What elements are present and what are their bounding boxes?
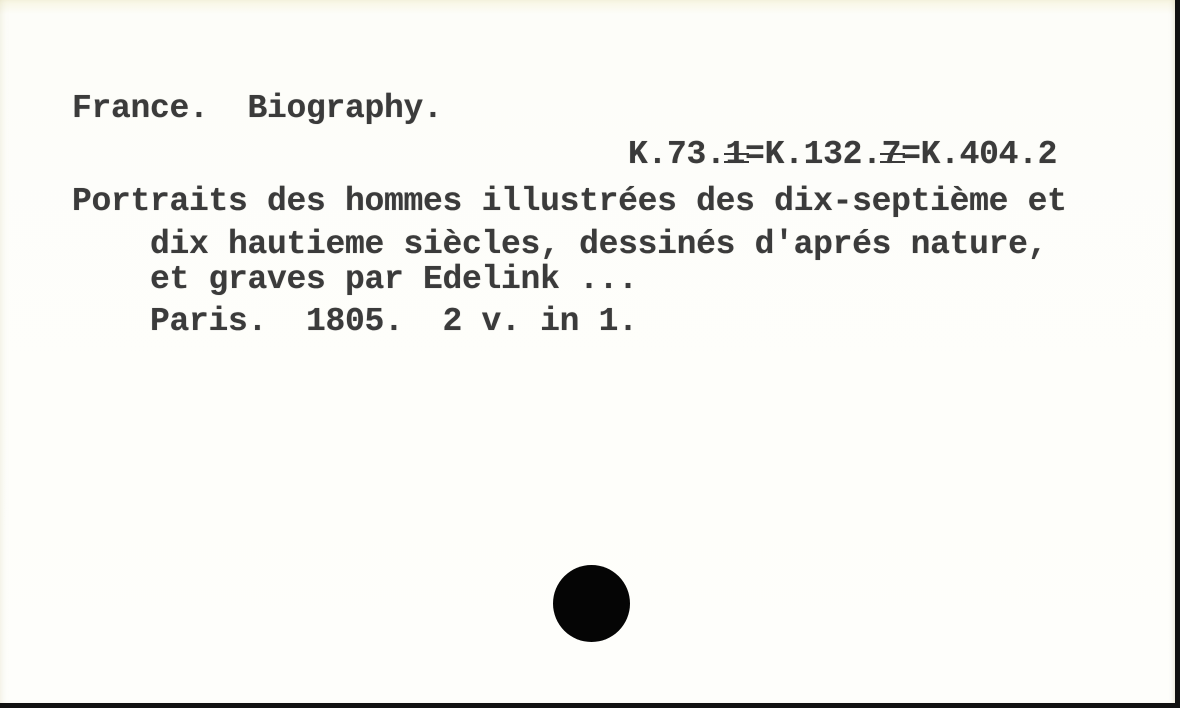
title-line-2: dix hautieme siècles, dessinés d'aprés n… — [150, 228, 1047, 261]
call-number-struck-1: 1 — [726, 136, 746, 173]
call-number-part-2: K.132. — [765, 136, 882, 173]
imprint: Paris. 1805. 2 v. in 1. — [150, 305, 638, 338]
card-punch-hole — [553, 565, 630, 642]
title-line-1: Portraits des hommes illustrées des dix-… — [72, 185, 1067, 218]
title-line-3: et graves par Edelink ... — [150, 263, 638, 296]
call-number-part-1: K.73. — [628, 136, 726, 173]
catalog-card: France. Biography. K.73.1=K.132.7=K.404.… — [0, 0, 1175, 703]
call-number-part-3: K.404.2 — [921, 136, 1058, 173]
subject-heading: France. Biography. — [72, 92, 443, 125]
call-number: K.73.1=K.132.7=K.404.2 — [628, 138, 1057, 171]
call-number-struck-2: 7 — [882, 136, 902, 173]
